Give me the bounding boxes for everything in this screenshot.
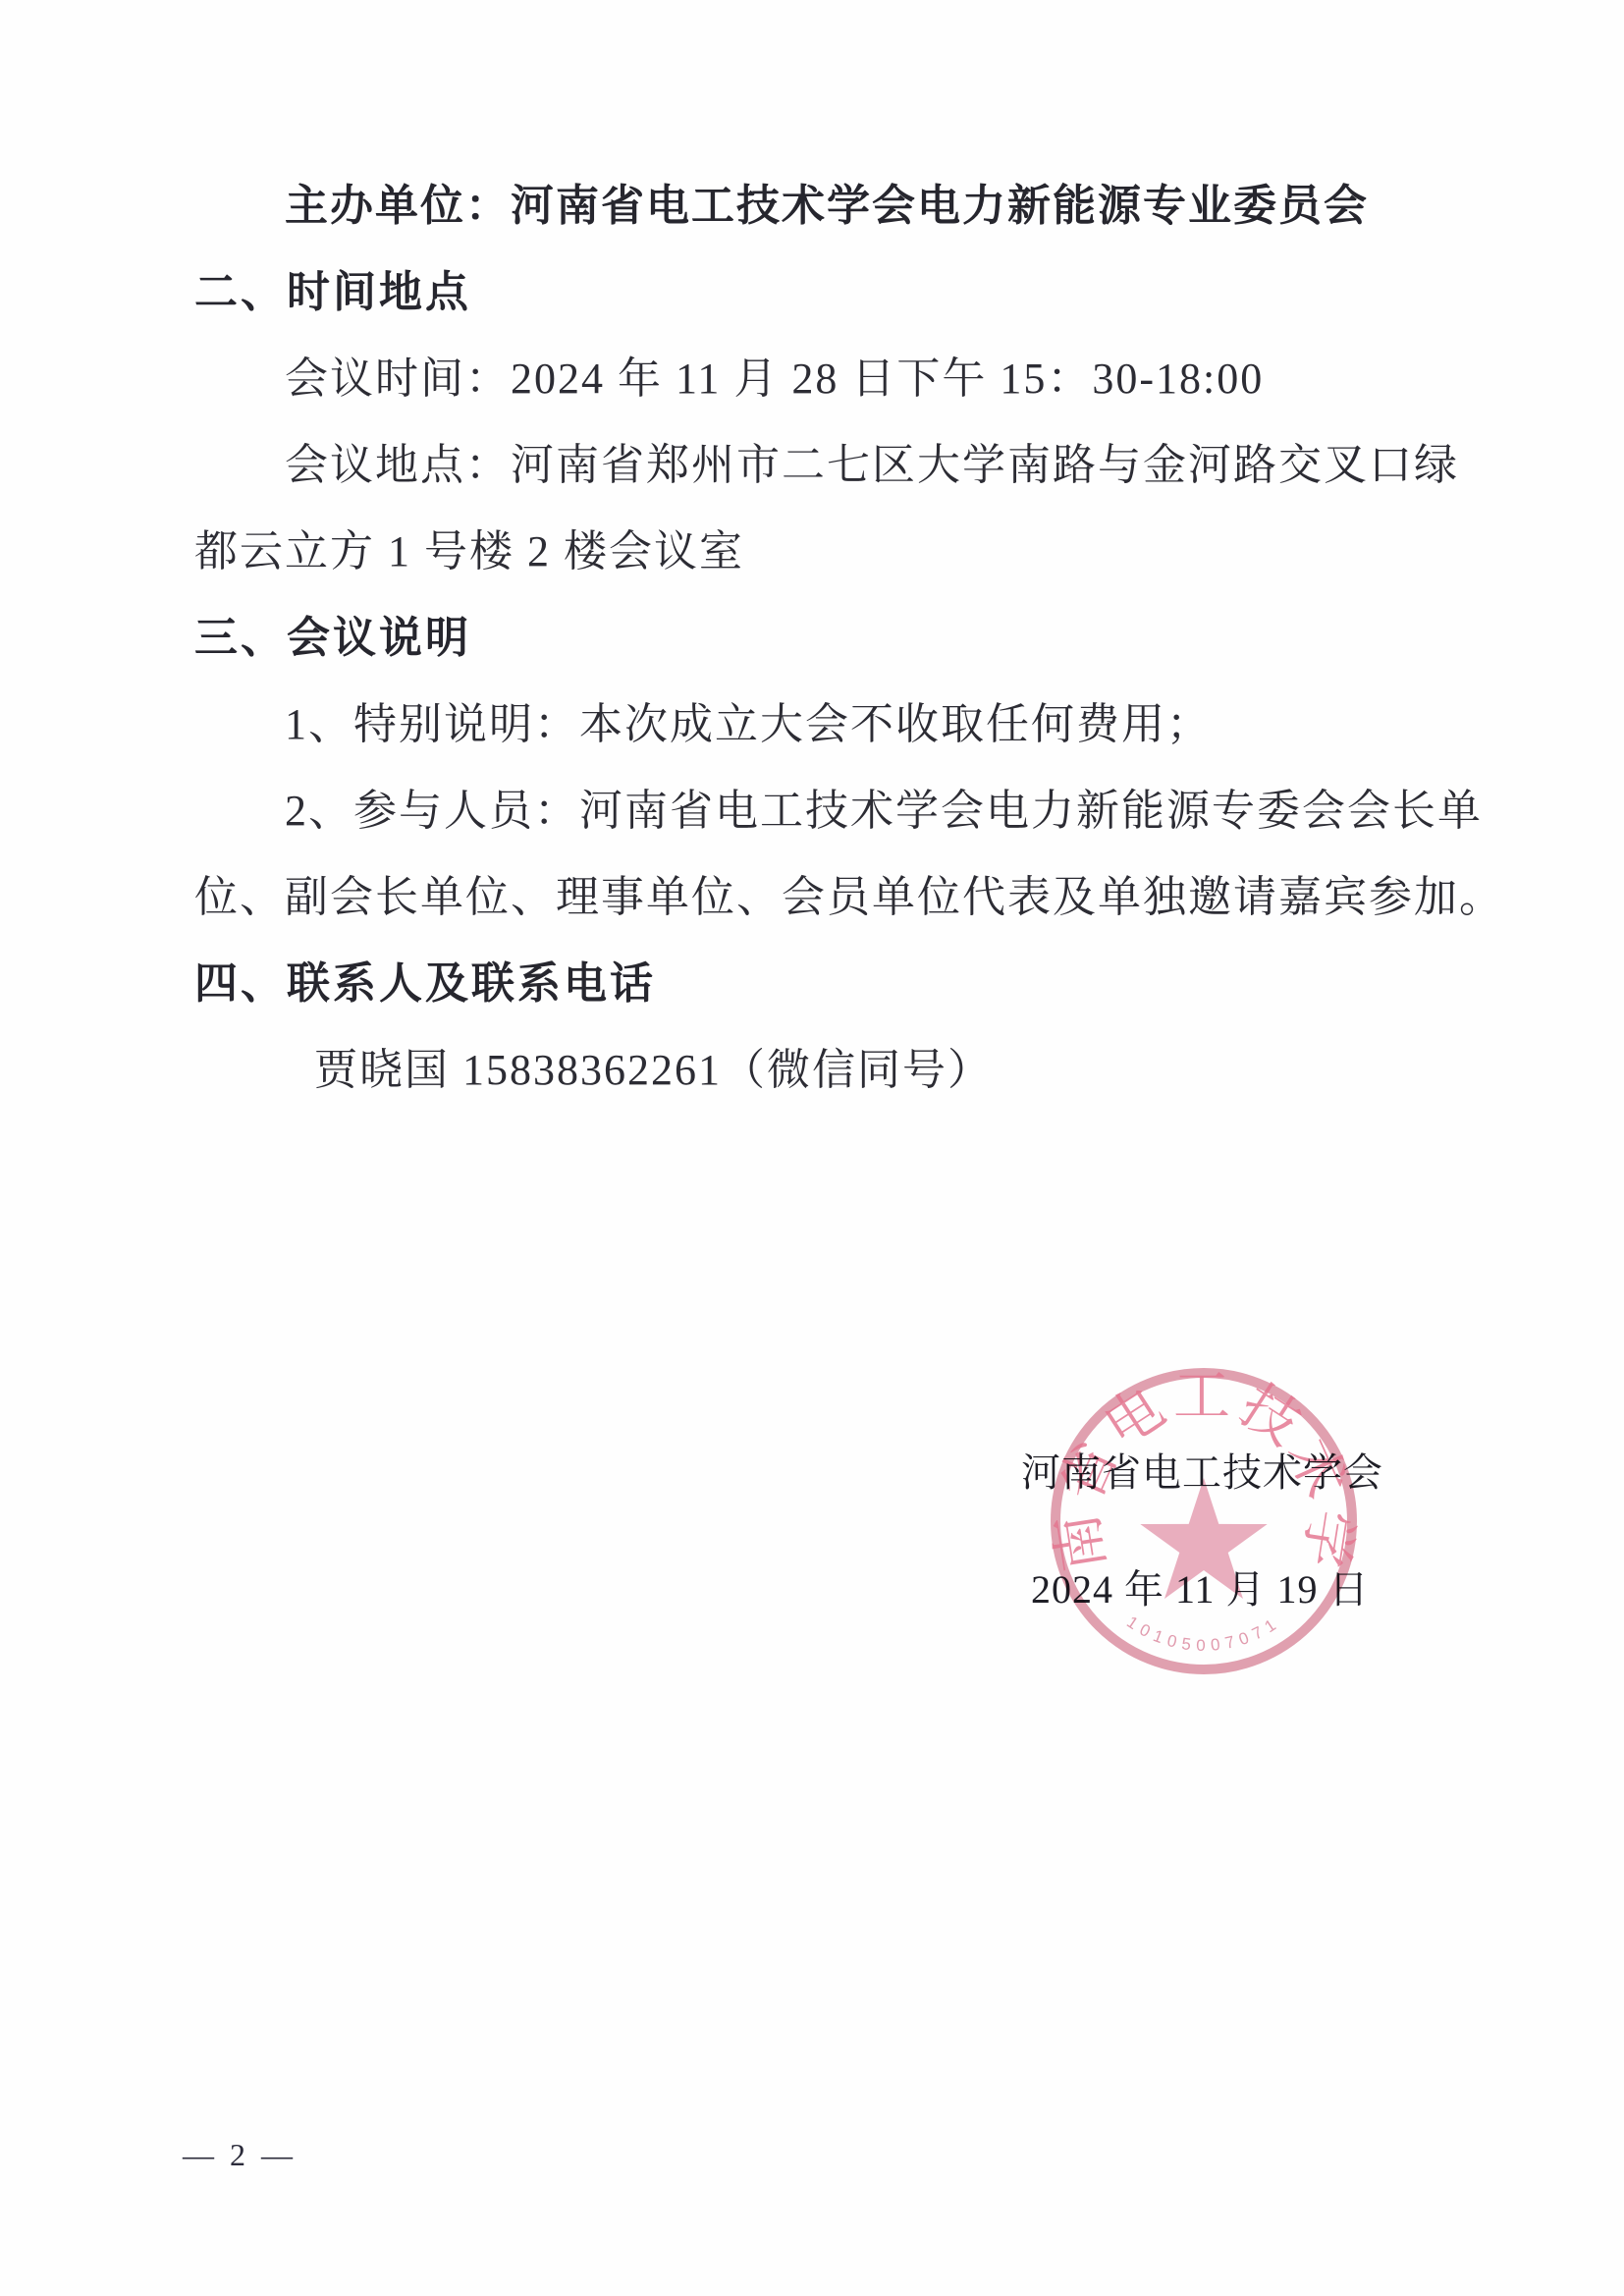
line-note-2: 2、参与人员：河南省电工技术学会电力新能源专委会会长单 [194,768,1463,854]
document-body: 主办单位：河南省电工技术学会电力新能源专业委员会 二、时间地点 会议时间：202… [194,163,1463,1114]
heading-contact: 四、联系人及联系电话 [194,941,1463,1027]
line-meeting-location: 会议地点：河南省郑州市二七区大学南路与金河路交叉口绿 [194,422,1463,509]
line-contact-info: 贾晓国 15838362261（微信同号） [194,1027,1463,1114]
line-meeting-location-cont: 都云立方 1 号楼 2 楼会议室 [194,509,1463,595]
document-page: 主办单位：河南省电工技术学会电力新能源专业委员会 二、时间地点 会议时间：202… [0,0,1624,2296]
line-note-2-cont: 位、副会长单位、理事单位、会员单位代表及单独邀请嘉宾参加。 [194,854,1463,941]
official-seal-stamp: 河南省电工技术学会 4101050070718 [1035,1352,1373,1690]
heading-time-location: 二、时间地点 [194,249,1463,336]
line-host-organizer: 主办单位：河南省电工技术学会电力新能源专业委员会 [194,163,1463,249]
line-meeting-time: 会议时间：2024 年 11 月 28 日下午 15：30-18:00 [194,336,1463,422]
line-note-1: 1、特别说明：本次成立大会不收取任何费用； [194,682,1463,768]
page-number: — 2 — [183,2137,297,2173]
seal-star-icon [1140,1478,1267,1599]
heading-meeting-notes: 三、会议说明 [194,595,1463,682]
